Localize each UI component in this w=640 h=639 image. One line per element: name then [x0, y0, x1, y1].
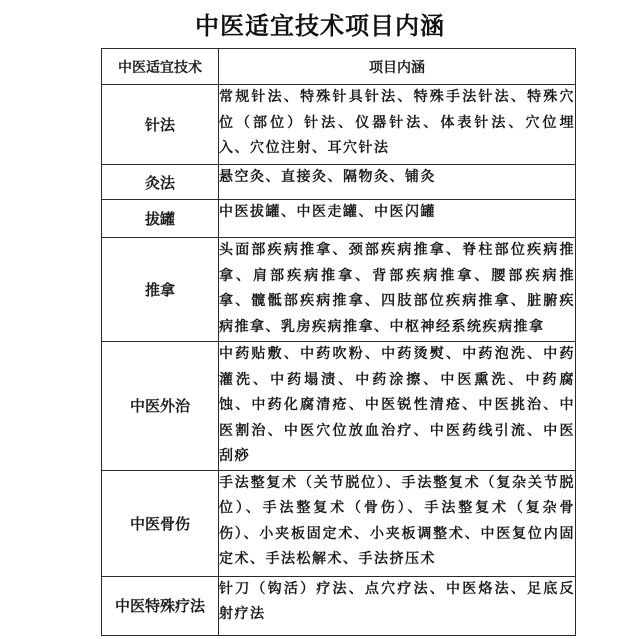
technique-cell: 中医特殊疗法	[102, 576, 219, 635]
technique-cell: 灸法	[102, 165, 219, 200]
content-cell: 头面部疾病推拿、颈部疾病推拿、脊柱部位疾病推拿、肩部疾病推拿、背部疾病推拿、腰部…	[219, 238, 576, 342]
technique-cell: 中医外治	[102, 342, 219, 471]
table-row: 推拿 头面部疾病推拿、颈部疾病推拿、脊柱部位疾病推拿、肩部疾病推拿、背部疾病推拿…	[102, 238, 576, 342]
table-row: 中医特殊疗法 针刀（钩活）疗法、点穴疗法、中医烙法、足底反射疗法	[102, 576, 576, 635]
table-row: 中医骨伤 手法整复术（关节脱位）、手法整复术（复杂关节脱位）、手法整复术（骨伤）…	[102, 470, 576, 576]
content-cell: 中医拔罐、中医走罐、中医闪罐	[219, 200, 576, 238]
table-row: 中医外治 中药贴敷、中药吹粉、中药烫熨、中药泡洗、中药灌洗、中药塌渍、中药涂擦、…	[102, 342, 576, 471]
content-cell: 常规针法、特殊针具针法、特殊手法针法、特殊穴位（部位）针法、仪器针法、体表针法、…	[219, 85, 576, 165]
column-header-technique: 中医适宜技术	[102, 49, 219, 85]
table-header-row: 中医适宜技术 项目内涵	[102, 49, 576, 85]
content-cell: 中药贴敷、中药吹粉、中药烫熨、中药泡洗、中药灌洗、中药塌渍、中药涂擦、中医熏洗、…	[219, 342, 576, 471]
content-cell: 悬空灸、直接灸、隔物灸、铺灸	[219, 165, 576, 200]
technique-cell: 中医骨伤	[102, 470, 219, 576]
page-title: 中医适宜技术项目内涵	[0, 6, 640, 41]
table-row: 针法 常规针法、特殊针具针法、特殊手法针法、特殊穴位（部位）针法、仪器针法、体表…	[102, 85, 576, 165]
technique-cell: 推拿	[102, 238, 219, 342]
content-cell: 针刀（钩活）疗法、点穴疗法、中医烙法、足底反射疗法	[219, 576, 576, 635]
table-row: 拔罐 中医拔罐、中医走罐、中医闪罐	[102, 200, 576, 238]
column-header-content: 项目内涵	[219, 49, 576, 85]
table-row: 灸法 悬空灸、直接灸、隔物灸、铺灸	[102, 165, 576, 200]
content-cell: 手法整复术（关节脱位）、手法整复术（复杂关节脱位）、手法整复术（骨伤）、手法整复…	[219, 470, 576, 576]
technique-cell: 针法	[102, 85, 219, 165]
technique-cell: 拔罐	[102, 200, 219, 238]
techniques-table: 中医适宜技术 项目内涵 针法 常规针法、特殊针具针法、特殊手法针法、特殊穴位（部…	[101, 48, 576, 636]
